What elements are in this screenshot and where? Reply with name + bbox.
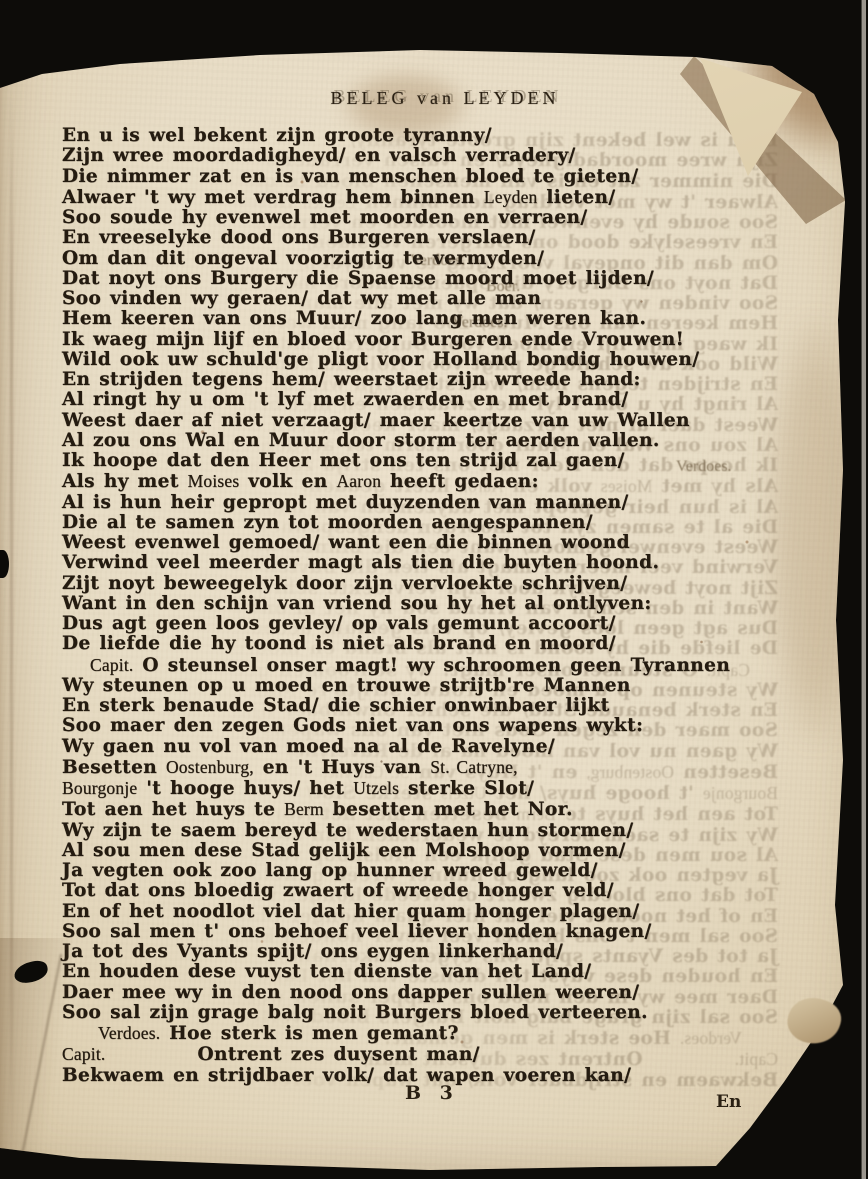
verse-line: Soo soude hy evenwel met moorden en verr…	[62, 208, 778, 228]
catchword: En	[716, 1092, 741, 1112]
verse-line: Wy zijn te saem bereyd te wederstaen hun…	[62, 821, 778, 841]
blackletter-segment: Wy gaen nu vol van moed na al de Ravelyn…	[62, 736, 555, 757]
verse-line: Capit.Ontrent zes duysent man/	[62, 1044, 778, 1065]
verse-line: Tot dat ons bloedig zwaert of wreede hon…	[62, 881, 778, 901]
verse-line: Die al te samen zyn tot moorden aengespa…	[62, 513, 778, 533]
verse-line: Ik waeg mijn lijf en bloed voor Burgeren…	[62, 330, 778, 350]
roman-segment: Bourgonje	[62, 778, 137, 798]
blackletter-segment: Zijn wree moordadigheyd/ en valsch verra…	[62, 145, 576, 166]
verse-line: Want in den schijn van vriend sou hy het…	[62, 594, 778, 614]
blackletter-segment: Al is hun heir gepropt met duyzenden van…	[62, 492, 629, 513]
verse-line: Bourgonje 't hooge huys/ het Utzels ster…	[62, 778, 778, 799]
roman-segment: Moises	[188, 471, 240, 491]
roman-segment: Leyden	[484, 187, 538, 207]
blackletter-segment: Ja vegten ook zoo lang op hunner wreed g…	[62, 860, 598, 881]
page-number: 13	[743, 95, 760, 114]
blackletter-segment: Als hy met	[62, 471, 188, 492]
blackletter-segment: en 't Huys van	[254, 757, 430, 778]
verse-line: Om dan dit ongeval voorzigtig te vermyde…	[62, 249, 778, 269]
verse-line: Capit. O steunsel onser magt! wy schroom…	[62, 655, 778, 676]
blackletter-segment: 't hooge huys/ het	[137, 778, 353, 799]
blackletter-segment: Soo maer den zegen Gods niet van ons wap…	[62, 715, 643, 736]
verse-line: Als hy met Moises volk en Aaron heeft ge…	[62, 471, 778, 492]
blackletter-segment: Bekwaem en strijdbaer volk/ dat wapen vo…	[62, 1065, 631, 1086]
blackletter-segment: Dat noyt ons Burgery die Spaense moord m…	[62, 268, 654, 289]
blackletter-segment: Weest evenwel gemoed/ want een die binne…	[62, 532, 630, 553]
blackletter-segment: Soo sal zijn grage balg noit Burgers blo…	[62, 1002, 648, 1023]
verse-line: En vreeselyke dood ons Burgeren verslaen…	[62, 228, 778, 248]
verse-line: Al ringt hy u om 't lyf met zwaerden en …	[62, 390, 778, 410]
verse-line: Ja tot des Vyants spijt/ ons eygen linke…	[62, 942, 778, 962]
blackletter-segment: Die al te samen zyn tot moorden aengespa…	[62, 512, 593, 533]
verse-line: Zijn wree moordadigheyd/ en valsch verra…	[62, 146, 778, 166]
stain-right-margin	[770, 320, 860, 740]
blackletter-segment: Ja tot des Vyants spijt/ ons eygen linke…	[62, 941, 563, 962]
roman-segment: Verdoes.	[98, 1023, 160, 1043]
blackletter-segment: Daer mee wy in den nood ons dapper sulle…	[62, 982, 639, 1003]
verse-line: Dat noyt ons Burgery die Spaense moord m…	[62, 269, 778, 289]
blackletter-segment: Soo sal men t' ons behoef veel liever ho…	[62, 921, 652, 942]
blackletter-segment: De liefde die hy toond is niet als brand…	[62, 633, 616, 654]
roman-segment: Capit.	[90, 655, 134, 675]
verse-line: Wild ook uw schuld'ge pligt voor Holland…	[62, 350, 778, 370]
running-title: BELEG van LEYDEN	[225, 88, 665, 109]
blackletter-segment: Verwind veel meerder magt als tien die b…	[62, 552, 659, 573]
antique-book-page-scan: En u is wel bekent zijn groote tyranny/Z…	[0, 0, 868, 1179]
verse-line: Verwind veel meerder magt als tien die b…	[62, 553, 778, 573]
blackletter-segment: Hoe sterk is men gemant?	[160, 1023, 458, 1044]
verse-line: En of het noodlot viel dat hier quam hon…	[62, 902, 778, 922]
page-paper: En u is wel bekent zijn groote tyranny/Z…	[0, 0, 868, 1179]
roman-segment: Oostenburg,	[166, 757, 254, 777]
blackletter-segment: Dus agt geen loos gevley/ op vals gemunt…	[62, 613, 616, 634]
blackletter-segment: Hem keeren van ons Muur/ zoo lang men we…	[62, 308, 646, 329]
blackletter-segment: heeft gedaen:	[381, 471, 539, 492]
blackletter-segment: Ontrent zes duysent man/	[198, 1044, 480, 1065]
blackletter-segment: En houden dese vuyst ten dienste van het…	[62, 961, 591, 982]
blackletter-segment: Besetten	[62, 757, 166, 778]
blackletter-segment: En sterk benaude Stad/ die schier onwinb…	[62, 695, 610, 716]
scanner-edge-strip	[861, 0, 866, 1179]
left-edge-notch	[0, 550, 9, 578]
blackletter-segment: Al zou ons Wal en Muur door storm ter ae…	[62, 430, 660, 451]
verse-line: Weest evenwel gemoed/ want een die binne…	[62, 533, 778, 553]
blackletter-segment: O steunsel onser magt! wy schroomen geen…	[134, 655, 731, 676]
verse-line: Zijt noyt beweegelyk door zijn vervloekt…	[62, 574, 778, 594]
blackletter-segment: Want in den schijn van vriend sou hy het…	[62, 593, 652, 614]
blackletter-segment: Soo soude hy evenwel met moorden en verr…	[62, 207, 588, 228]
blackletter-segment: Weest daer af niet verzaagt/ maer keertz…	[62, 410, 690, 431]
verse-line: Wy steunen op u moed en trouwe strijtb'r…	[62, 676, 778, 696]
verse-line: Daer mee wy in den nood ons dapper sulle…	[62, 983, 778, 1003]
verse-line: Hem keeren van ons Muur/ zoo lang men we…	[62, 309, 778, 329]
blackletter-segment: Ik hoope dat den Heer met ons ten strijd…	[62, 450, 625, 471]
blackletter-segment: lieten/	[538, 187, 616, 208]
blackletter-segment: Wild ook uw schuld'ge pligt voor Holland…	[62, 349, 699, 370]
verse-line: De liefde die hy toond is niet als brand…	[62, 634, 778, 654]
verse-text-block: En u is wel bekent zijn groote tyranny/Z…	[62, 126, 778, 1086]
blackletter-segment: Al ringt hy u om 't lyf met zwaerden en …	[62, 389, 628, 410]
verse-line: Die nimmer zat en is van menschen bloed …	[62, 167, 778, 187]
verse-line: Weest daer af niet verzaagt/ maer keertz…	[62, 411, 778, 431]
verse-line: Verdoes. Hoe sterk is men gemant?	[62, 1023, 778, 1044]
roman-segment: Utzels	[353, 778, 399, 798]
roman-segment: Aaron	[336, 471, 381, 491]
blackletter-segment: Ik waeg mijn lijf en bloed voor Burgeren…	[62, 329, 684, 350]
verse-line: En houden dese vuyst ten dienste van het…	[62, 962, 778, 982]
blackletter-segment: En u is wel bekent zijn groote tyranny/	[62, 125, 492, 146]
roman-segment: St. Catryne,	[430, 757, 518, 777]
blackletter-segment: En strijden tegens hem/ weerstaet zijn w…	[62, 369, 641, 390]
blackletter-segment: En vreeselyke dood ons Burgeren verslaen…	[62, 227, 536, 248]
blackletter-segment: Soo vinden wy geraen/ dat wy met alle ma…	[62, 288, 541, 309]
blackletter-segment: Alwaer 't wy met verdrag hem binnen	[62, 187, 484, 208]
blackletter-segment: Wy zijn te saem bereyd te wederstaen hun…	[62, 820, 633, 841]
blackletter-segment: Al sou men dese Stad gelijk een Molshoop…	[62, 840, 626, 861]
verse-line: Soo maer den zegen Gods niet van ons wap…	[62, 716, 778, 736]
blackletter-segment: Die nimmer zat en is van menschen bloed …	[62, 166, 639, 187]
blackletter-segment: Zijt noyt beweegelyk door zijn vervloekt…	[62, 573, 627, 594]
blackletter-segment: volk en	[239, 471, 336, 492]
blackletter-segment: Tot aen het huys te	[62, 799, 284, 820]
blackletter-segment: En of het noodlot viel dat hier quam hon…	[62, 901, 640, 922]
roman-segment: Berm	[284, 799, 324, 819]
verse-line: Tot aen het huys te Berm besetten met he…	[62, 799, 778, 820]
verse-line: Dus agt geen loos gevley/ op vals gemunt…	[62, 614, 778, 634]
verse-line: Alwaer 't wy met verdrag hem binnen Leyd…	[62, 187, 778, 208]
verse-line: Ja vegten ook zoo lang op hunner wreed g…	[62, 861, 778, 881]
blackletter-segment: Wy steunen op u moed en trouwe strijtb'r…	[62, 675, 631, 696]
verse-line: Besetten Oostenburg, en 't Huys van St. …	[62, 757, 778, 778]
verse-line: En u is wel bekent zijn groote tyranny/	[62, 126, 778, 146]
verse-line: Al is hun heir gepropt met duyzenden van…	[62, 493, 778, 513]
blackletter-segment: besetten met het Nor.	[324, 799, 573, 820]
verse-line: Al zou ons Wal en Muur door storm ter ae…	[62, 431, 778, 451]
verse-line: Wy gaen nu vol van moed na al de Ravelyn…	[62, 737, 778, 757]
blackletter-segment: Om dan dit ongeval voorzigtig te vermyde…	[62, 248, 544, 269]
blackletter-segment: sterke Slot/	[399, 778, 534, 799]
signature-mark: B 3	[405, 1082, 459, 1104]
verse-line: Soo sal men t' ons behoef veel liever ho…	[62, 922, 778, 942]
blackletter-segment: Tot dat ons bloedig zwaert of wreede hon…	[62, 880, 614, 901]
verse-line: Soo vinden wy geraen/ dat wy met alle ma…	[62, 289, 778, 309]
verse-line: En strijden tegens hem/ weerstaet zijn w…	[62, 370, 778, 390]
verse-line: En sterk benaude Stad/ die schier onwinb…	[62, 696, 778, 716]
verse-line: Soo sal zijn grage balg noit Burgers blo…	[62, 1003, 778, 1023]
verse-line: Al sou men dese Stad gelijk een Molshoop…	[62, 841, 778, 861]
verse-line: Ik hoope dat den Heer met ons ten strijd…	[62, 451, 778, 471]
